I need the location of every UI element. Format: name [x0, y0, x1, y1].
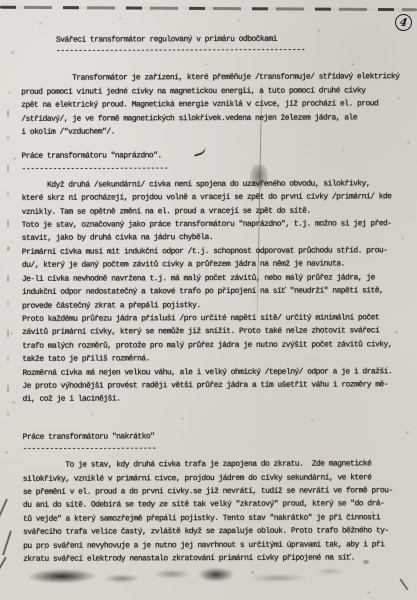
text-line: To je stav, kdy druhá cívka trafa je zap… — [23, 457, 413, 472]
scan-bottom-smudge-artifact — [10, 558, 355, 592]
text-line: Je proto výhodnější provést raději větší… — [22, 378, 412, 393]
text-line: trafo malých rozměrů, protože pro malý p… — [22, 338, 412, 353]
paper-speckles-artifact — [0, 0, 1, 1]
text-line: indukční odpor nedostatečný a takové tra… — [22, 284, 412, 299]
document-section: Práce transformátoru "nakrátko"---------… — [23, 429, 414, 566]
scan-left-edge-artifact — [7, 110, 9, 440]
scan-corner-mark-artifact — [399, 579, 408, 591]
section-heading: Práce transformátoru "nakrátko" — [23, 429, 413, 444]
scan-corner-stroke-artifact — [2, 530, 12, 555]
document-content: Svářecí transformátor regulovaný v primá… — [21, 32, 413, 566]
document-section: Práce transformátoru "naprázdno".-------… — [21, 149, 412, 407]
text-line: di, což je i lacinější. — [22, 391, 412, 406]
text-line: které skrz ní procházejí, projdou volně … — [22, 190, 412, 205]
section-heading: Práce transformátoru "naprázdno". — [21, 149, 411, 164]
heading-underline: ------------------------------ — [23, 443, 413, 454]
scan-corner-mark-artifact — [363, 560, 369, 564]
scan-corner-stroke-artifact — [0, 498, 8, 517]
scan-corner-stroke-artifact — [0, 557, 7, 572]
text-line: i okolím /"vzduchem"/. — [21, 124, 411, 139]
title-underline: ----------------------------------------… — [56, 46, 411, 57]
scan-top-edge-artifact — [0, 6, 417, 12]
text-line: /střídavý/, je ve formě magnetických sil… — [21, 111, 411, 126]
text-line: Primární cívka musí mít indukční odpor /… — [22, 244, 412, 259]
text-line: du ani do sítě. Odebírá se tedy ze sítě … — [23, 498, 413, 513]
text-line: svářecího trafa velice častý, zvláště kd… — [23, 524, 413, 539]
page-number-badge: 4 — [394, 13, 413, 32]
text-line: zpět na elektrický proud. Magnetická ene… — [21, 97, 411, 112]
document-sections: Transformátor je zařízení, které přeměňu… — [21, 71, 413, 567]
text-line: Toto je stav, označovaný jako práce tran… — [22, 217, 412, 232]
text-line: závitů primární cívky, který se nemůže j… — [22, 324, 412, 339]
heading-underline: --------------------------------- — [21, 163, 411, 174]
page-number-value: 4 — [399, 15, 409, 29]
scanned-document-page: 4 Svářecí transformátor regulovaný v pri… — [0, 0, 417, 600]
document-section: Transformátor je zařízení, které přeměňu… — [21, 71, 411, 140]
